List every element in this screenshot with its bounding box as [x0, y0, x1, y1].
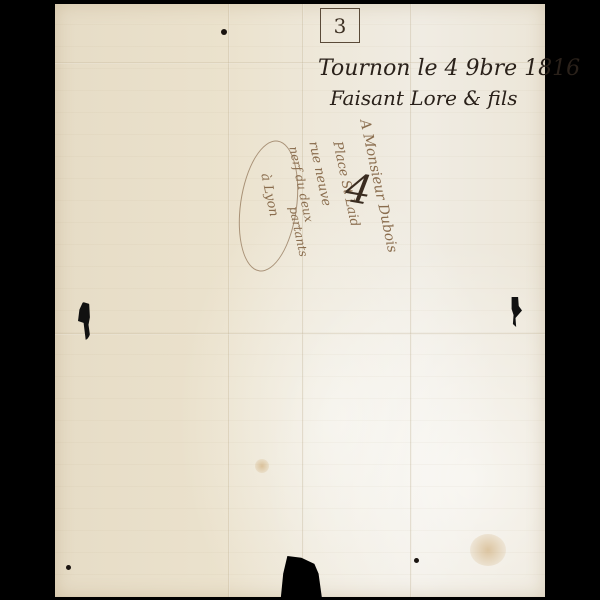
fold-line [228, 4, 230, 597]
water-stain [470, 534, 506, 566]
fold-line [302, 4, 304, 597]
pin-hole [414, 558, 419, 563]
postmark-number: 3 [334, 14, 347, 38]
header-line-2: Faisant Lore & fils [330, 86, 518, 110]
pin-hole [66, 565, 71, 570]
fold-line [55, 333, 545, 335]
rust-spot [255, 459, 269, 473]
postmark-stamp: 3 [320, 8, 360, 43]
header-line-1: Tournon le 4 9bre 1816 [318, 56, 580, 81]
pin-hole [221, 29, 227, 35]
